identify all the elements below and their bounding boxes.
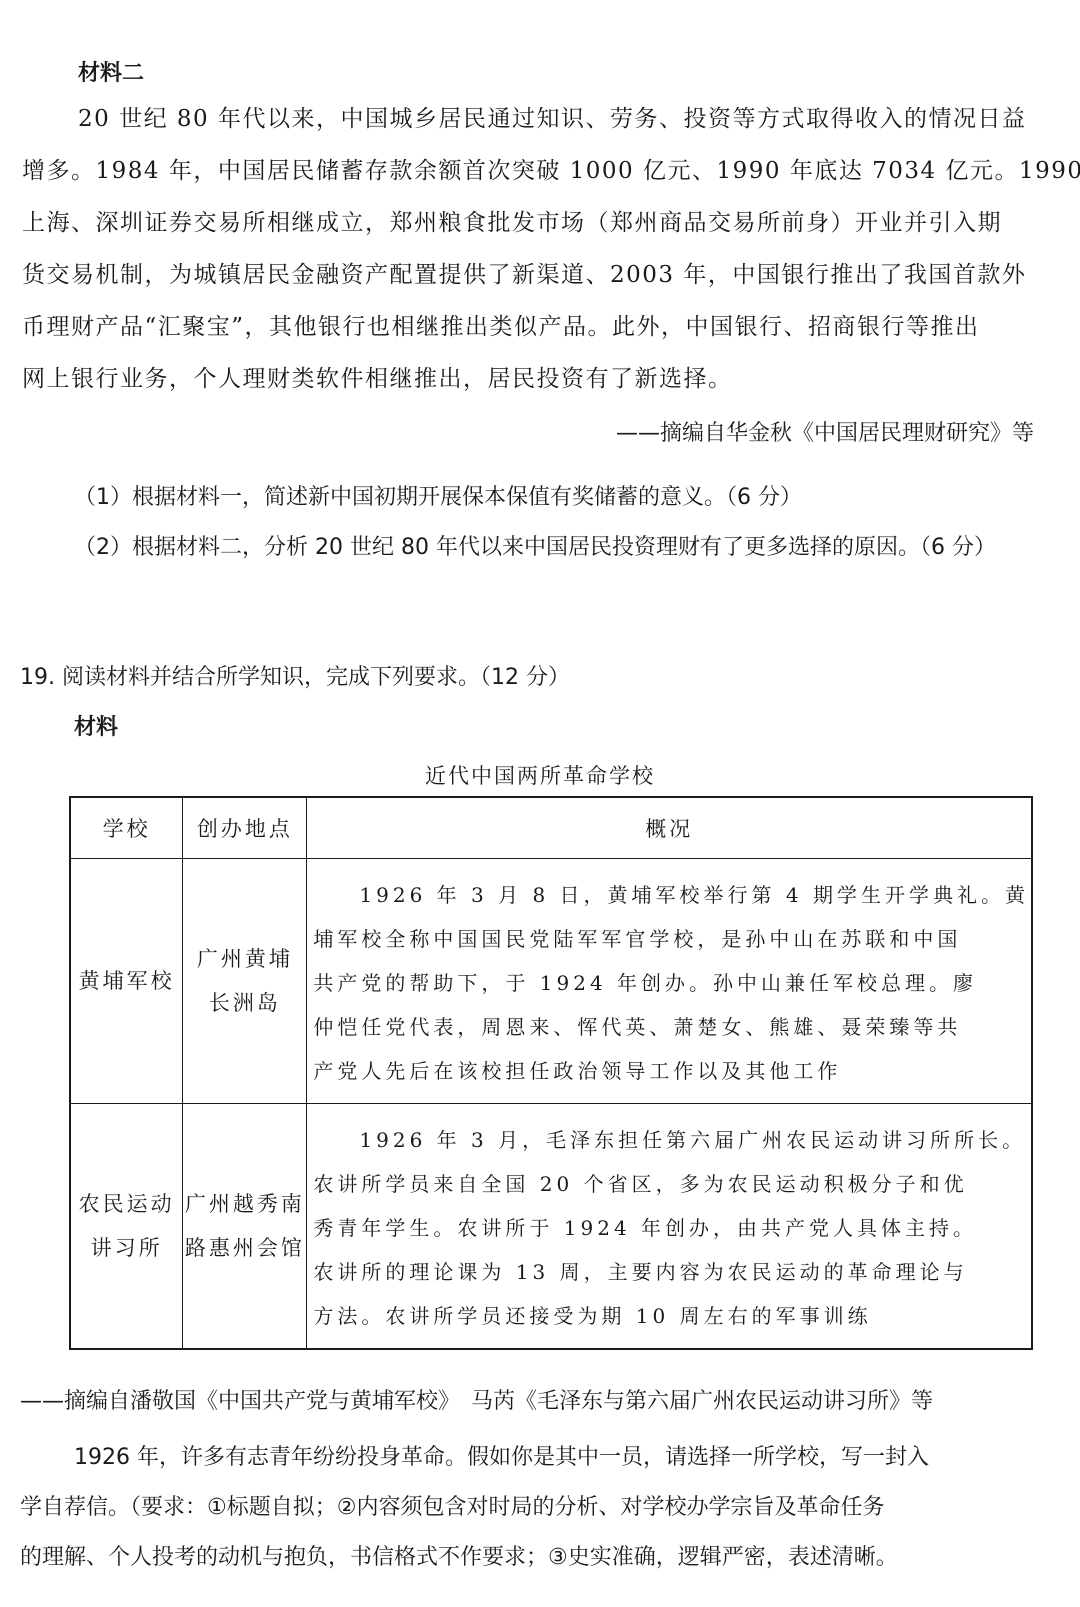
location-line: 长洲岛	[183, 981, 306, 1025]
header-location: 创办地点	[183, 797, 307, 859]
table-caption: 近代中国两所革命学校	[0, 760, 1080, 790]
school-name-line: 农民运动	[71, 1182, 182, 1226]
paragraph-line: 上海、深圳证券交易所相继成立，郑州粮食批发市场（郑州商品交易所前身）开业并引入期	[22, 204, 1002, 237]
school-name: 黄埔军校	[71, 959, 182, 1003]
material-two-paragraph: 20 世纪 80 年代以来，中国城乡居民通过知识、劳务、投资等方式取得收入的情况…	[22, 100, 1062, 430]
table-header-row: 学校 创办地点 概况	[70, 797, 1032, 859]
table-row: 农民运动 讲习所 广州越秀南 路惠州会馆 1926 年 3 月，毛泽东担任第六届…	[70, 1104, 1032, 1350]
overview-line: 埔军校全称中国国民党陆军军官学校，是孙中山在苏联和中国	[313, 917, 1029, 961]
material-two-source: ——摘编自华金秋《中国居民理财研究》等	[616, 416, 1034, 447]
school-name-cell: 黄埔军校	[70, 859, 183, 1104]
location-line: 广州越秀南	[183, 1182, 306, 1226]
location-line: 路惠州会馆	[183, 1226, 306, 1270]
location-line: 广州黄埔	[183, 937, 306, 981]
overview-line: 秀青年学生。农讲所于 1924 年创办，由共产党人具体主持。	[313, 1206, 1029, 1250]
overview-line: 农讲所的理论课为 13 周，主要内容为农民运动的革命理论与	[313, 1250, 1029, 1294]
location-cell: 广州越秀南 路惠州会馆	[183, 1104, 307, 1350]
header-school: 学校	[70, 797, 183, 859]
overview-line: 1926 年 3 月 8 日，黄埔军校举行第 4 期学生开学典礼。黄	[313, 873, 1029, 917]
school-name-line: 讲习所	[71, 1226, 182, 1270]
overview-line: 共产党的帮助下，于 1924 年创办。孙中山兼任军校总理。廖	[313, 961, 1029, 1005]
task-line: 1926 年，许多有志青年纷纷投身革命。假如你是其中一员，请选择一所学校，写一封…	[74, 1440, 929, 1471]
material-two-heading: 材料二	[78, 56, 144, 87]
table-row: 黄埔军校 广州黄埔 长洲岛 1926 年 3 月 8 日，黄埔军校举行第 4 期…	[70, 859, 1032, 1104]
overview-line: 1926 年 3 月，毛泽东担任第六届广州农民运动讲习所所长。	[313, 1118, 1029, 1162]
question-19-prompt: 19. 阅读材料并结合所学知识，完成下列要求。（12 分）	[20, 660, 570, 691]
overview-line: 方法。农讲所学员还接受为期 10 周左右的军事训练	[313, 1294, 1029, 1338]
question-19-task: 1926 年，许多有志青年纷纷投身革命。假如你是其中一员，请选择一所学校，写一封…	[20, 1440, 1070, 1590]
paragraph-line: 货交易机制，为城镇居民金融资产配置提供了新渠道、2003 年，中国银行推出了我国…	[22, 256, 1026, 289]
paragraph-line: 20 世纪 80 年代以来，中国城乡居民通过知识、劳务、投资等方式取得收入的情况…	[78, 100, 1026, 133]
paragraph-line: 币理财产品“汇聚宝”，其他银行也相继推出类似产品。此外，中国银行、招商银行等推出	[22, 308, 980, 341]
schools-table: 学校 创办地点 概况 黄埔军校 广州黄埔 长洲岛 1926 年 3 月 8 日，…	[69, 796, 1033, 1350]
overview-line: 仲恺任党代表，周恩来、恽代英、萧楚女、熊雄、聂荣臻等共	[313, 1005, 1029, 1049]
overview-cell: 1926 年 3 月 8 日，黄埔军校举行第 4 期学生开学典礼。黄 埔军校全称…	[307, 859, 1032, 1104]
header-overview: 概况	[307, 797, 1032, 859]
location-cell: 广州黄埔 长洲岛	[183, 859, 307, 1104]
overview-line: 农讲所学员来自全国 20 个省区，多为农民运动积极分子和优	[313, 1162, 1029, 1206]
task-line: 的理解、个人投考的动机与抱负，书信格式不作要求；③史实准确，逻辑严密，表述清晰。	[20, 1540, 898, 1571]
paragraph-line: 网上银行业务，个人理财类软件相继推出，居民投资有了新选择。	[22, 360, 733, 393]
material-heading: 材料	[74, 710, 118, 741]
sub-question-1: （1）根据材料一，简述新中国初期开展保本保值有奖储蓄的意义。（6 分）	[74, 480, 802, 511]
overview-line: 产党人先后在该校担任政治领导工作以及其他工作	[313, 1049, 1029, 1093]
paragraph-line: 增多。1984 年，中国居民储蓄存款余额首次突破 1000 亿元、1990 年底…	[22, 152, 1080, 185]
school-name-cell: 农民运动 讲习所	[70, 1104, 183, 1350]
question-19-source: ——摘编自潘敬国《中国共产党与黄埔军校》 马芮《毛泽东与第六届广州农民运动讲习所…	[20, 1384, 933, 1415]
overview-cell: 1926 年 3 月，毛泽东担任第六届广州农民运动讲习所所长。 农讲所学员来自全…	[307, 1104, 1032, 1350]
task-line: 学自荐信。（要求：①标题自拟；②内容须包含对时局的分析、对学校办学宗旨及革命任务	[20, 1490, 884, 1521]
sub-question-2: （2）根据材料二，分析 20 世纪 80 年代以来中国居民投资理财有了更多选择的…	[74, 530, 996, 561]
